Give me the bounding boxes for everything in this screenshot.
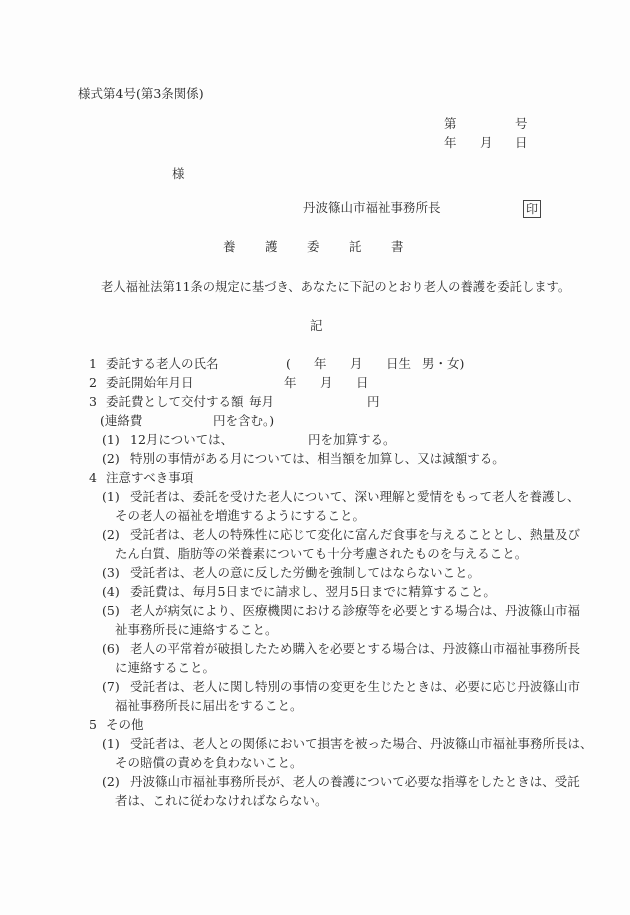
- item-3-number: 3: [89, 394, 97, 410]
- item-5-sub2-number: (2): [102, 774, 120, 790]
- title-char: 書: [391, 239, 404, 255]
- item-3-sub2-text: 特別の事情がある月については、相当額を加算し、又は減額する。: [130, 451, 505, 467]
- item-1-gender: 男・女): [422, 356, 464, 372]
- title-char: 託: [349, 239, 362, 255]
- item-3-contact-fee-prefix: (連絡費: [100, 413, 142, 429]
- item-4-sub6-line1: 老人の平常着が破損したため購入を必要とする場合は、丹波篠山市福祉事務所長: [130, 641, 580, 657]
- item-4-sub6-line2: に連絡すること。: [115, 660, 215, 676]
- item-4-number: 4: [89, 470, 97, 486]
- intro-paragraph: 老人福祉法第11条の規定に基づき、あなたに下記のとおり老人の養護を委託します。: [101, 279, 570, 295]
- item-4-sub2-line2: たん白質、脂肪等の栄養素についても十分考慮されたものを与えること。: [115, 546, 527, 562]
- item-3-sub1-number: (1): [102, 432, 120, 448]
- item-3-monthly: 毎月: [249, 394, 274, 410]
- title-char: 護: [265, 239, 278, 255]
- item-4-sub2-number: (2): [102, 527, 120, 543]
- item-4-sub2-line1: 受託者は、老人の特殊性に応じて変化に富んだ食事を与えることとし、熱量及び: [130, 527, 580, 543]
- item-2-label: 委託開始年月日: [106, 375, 194, 391]
- item-3-sub1-text: 12月については、: [130, 432, 233, 448]
- issuer-name: 丹波篠山市福祉事務所長: [303, 200, 441, 216]
- date-year: 年: [444, 135, 457, 151]
- item-1-label: 委託する老人の氏名: [106, 356, 219, 372]
- number-suffix: 号: [515, 116, 528, 132]
- form-reference: 様式第4号(第3条関係): [78, 86, 204, 102]
- item-4-sub4-number: (4): [102, 584, 120, 600]
- item-5-label: その他: [106, 717, 144, 733]
- ki-heading: 記: [310, 318, 323, 334]
- item-4-sub3-line1: 受託者は、老人の意に反した労働を強制してはならないこと。: [130, 565, 480, 581]
- item-4-sub1-line2: その老人の福祉を増進するようにすること。: [115, 508, 365, 524]
- item-1-year: 年: [314, 356, 327, 372]
- item-4-sub1-number: (1): [102, 489, 120, 505]
- item-1-number: 1: [89, 356, 97, 372]
- item-5-sub1-line1: 受託者は、老人との関係において損害を被った場合、丹波篠山市福祉事務所長は、: [130, 736, 593, 752]
- item-2-number: 2: [89, 375, 97, 391]
- item-5-sub1-number: (1): [102, 736, 120, 752]
- item-5-sub2-line1: 丹波篠山市福祉事務所長が、老人の養護について必要な指導をしたときは、受託: [130, 774, 580, 790]
- item-4-sub4-line1: 委託費は、毎月5日までに請求し、翌月5日までに精算すること。: [130, 584, 496, 600]
- item-3-yen: 円: [367, 394, 380, 410]
- item-1-paren: (: [286, 356, 291, 372]
- item-5-sub1-line2: その賠償の責めを負わないこと。: [115, 755, 303, 771]
- item-4-sub1-line1: 受託者は、委託を受けた老人について、深い理解と愛情をもって老人を養護し、: [130, 489, 580, 505]
- item-2-year: 年: [284, 375, 297, 391]
- seal-box: 印: [523, 200, 541, 218]
- title-char: 委: [307, 239, 320, 255]
- item-3-sub2-number: (2): [102, 451, 120, 467]
- number-prefix: 第: [444, 116, 457, 132]
- item-4-sub5-line1: 老人が病気により、医療機関における診療等を必要とする場合は、丹波篠山市福: [130, 603, 580, 619]
- title-char: 養: [223, 239, 236, 255]
- addressee-suffix: 様: [172, 166, 185, 182]
- item-3-label: 委託費として交付する額: [106, 394, 244, 410]
- item-4-sub7-number: (7): [102, 679, 120, 695]
- item-5-sub2-line2: 者は、これに従わなければならない。: [115, 793, 328, 809]
- item-2-month: 月: [320, 375, 333, 391]
- item-4-sub3-number: (3): [102, 565, 120, 581]
- item-4-label: 注意すべき事項: [106, 470, 193, 486]
- item-4-sub7-line2: 福祉事務所長に届出をすること。: [115, 698, 303, 714]
- item-1-month: 月: [350, 356, 363, 372]
- date-month: 月: [480, 135, 493, 151]
- item-1-day-born: 日生: [386, 356, 411, 372]
- item-4-sub7-line1: 受託者は、老人に関し特別の事情の変更を生じたときは、必要に応じ丹波篠山市: [130, 679, 580, 695]
- item-2-day: 日: [356, 375, 369, 391]
- item-5-number: 5: [89, 717, 97, 733]
- item-4-sub5-line2: 祉事務所長に連絡すること。: [115, 622, 278, 638]
- item-3-sub1-text-end: 円を加算する。: [308, 432, 396, 448]
- item-4-sub6-number: (6): [102, 641, 120, 657]
- item-4-sub5-number: (5): [102, 603, 120, 619]
- date-day: 日: [515, 135, 528, 151]
- item-3-contact-fee-suffix: 円を含む。): [213, 413, 274, 429]
